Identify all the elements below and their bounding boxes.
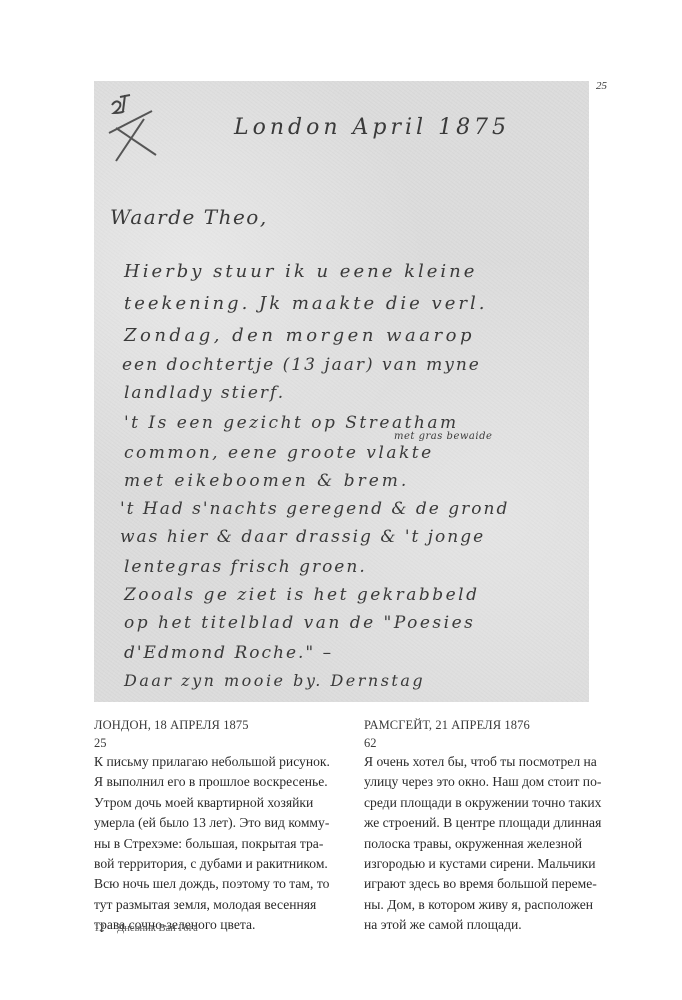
handwritten-line: Zondag, den morgen waarop: [124, 325, 475, 346]
entry-line: Всю ночь шел дождь, поэтому то там, то: [94, 874, 344, 894]
entry-line: Я очень хотел бы, чтоб ты посмотрел на: [364, 752, 614, 772]
entry-letter-number: 25: [94, 734, 344, 752]
entry-line: среди площади в окружении точно таких: [364, 793, 614, 813]
entry-line: Утром дочь моей квартирной хозяйки: [94, 793, 344, 813]
entry-line: вой территория, с дубами и ракитником.: [94, 854, 344, 874]
entry-line: Я выполнил его в прошлое воскресенье.: [94, 772, 344, 792]
handwritten-line: met eikeboomen & brem.: [124, 471, 409, 491]
entry-line: улицу через это окно. Наш дом стоит по-: [364, 772, 614, 792]
handwritten-line: op het titelblad van de "Poesies: [124, 613, 475, 633]
footer-page-number: 12: [94, 923, 105, 934]
handwritten-line: common, eene groote vlakte: [124, 443, 434, 463]
handwritten-line: 't Had s'nachts geregend & de grond: [120, 499, 509, 519]
handwritten-line: met gras bewaide: [394, 431, 492, 442]
handwritten-line: lentegras frisch groen.: [124, 557, 367, 577]
handwritten-line: Waarde Theo,: [110, 205, 268, 229]
entry-line: К письму прилагаю небольшой рисунок.: [94, 752, 344, 772]
entry-heading: РАМСГЕЙТ, 21 АПРЕЛЯ 1876: [364, 716, 614, 734]
entry-line: полоска травы, окруженная железной: [364, 834, 614, 854]
entry-line: играют здесь во время большой переме-: [364, 874, 614, 894]
handwritten-line: Zooals ge ziet is het gekrabbeld: [124, 585, 479, 605]
handwritten-line: d'Edmond Roche." –: [124, 643, 333, 663]
entry-line: изгородью и кустами сирени. Мальчики: [364, 854, 614, 874]
entry-line: тут размытая земля, молодая весенняя: [94, 895, 344, 915]
entry-body: Я очень хотел бы, чтоб ты посмотрел на у…: [364, 752, 614, 936]
entry-line: же строений. В центре площади длинная: [364, 813, 614, 833]
footer-running-title: Дневник Ван Гога: [117, 923, 198, 934]
entry-letter-number: 62: [364, 734, 614, 752]
entry-line: ны. Дом, в котором живу я, расположен: [364, 895, 614, 915]
entry-body: К письму прилагаю небольшой рисунок. Я в…: [94, 752, 344, 936]
page-number-top: 25: [596, 80, 607, 92]
handwritten-line: landlady stierf.: [124, 383, 285, 403]
entry-line: умерла (ей было 13 лет). Это вид комму-: [94, 813, 344, 833]
handwritten-line: Daar zyn mooie by. Dernstag: [124, 671, 425, 690]
handwritten-line: teekening. Jk maakte die verl.: [124, 293, 487, 314]
entry-line: на этой же самой площади.: [364, 915, 614, 935]
handwritten-line: was hier & daar drassig & 't jonge: [120, 527, 485, 547]
entry-line: ны в Стрехэме: большая, покрытая тра-: [94, 834, 344, 854]
handwritten-line: London April 1875: [234, 115, 510, 140]
handwritten-line: 't Is een gezicht op Streatham: [124, 413, 459, 433]
entry-london: ЛОНДОН, 18 АПРЕЛЯ 1875 25 К письму прила…: [94, 716, 344, 936]
entry-heading: ЛОНДОН, 18 АПРЕЛЯ 1875: [94, 716, 344, 734]
handwritten-line: Hierby stuur ik u eene kleine: [124, 261, 477, 282]
page-footer: 12 Дневник Ван Гога: [94, 923, 198, 934]
handwritten-letter-image: London April 1875 Waarde Theo, Hierby st…: [94, 81, 589, 702]
entry-ramsgate: РАМСГЕЙТ, 21 АПРЕЛЯ 1876 62 Я очень хоте…: [364, 716, 614, 936]
handwritten-line: een dochtertje (13 jaar) van myne: [122, 355, 481, 375]
